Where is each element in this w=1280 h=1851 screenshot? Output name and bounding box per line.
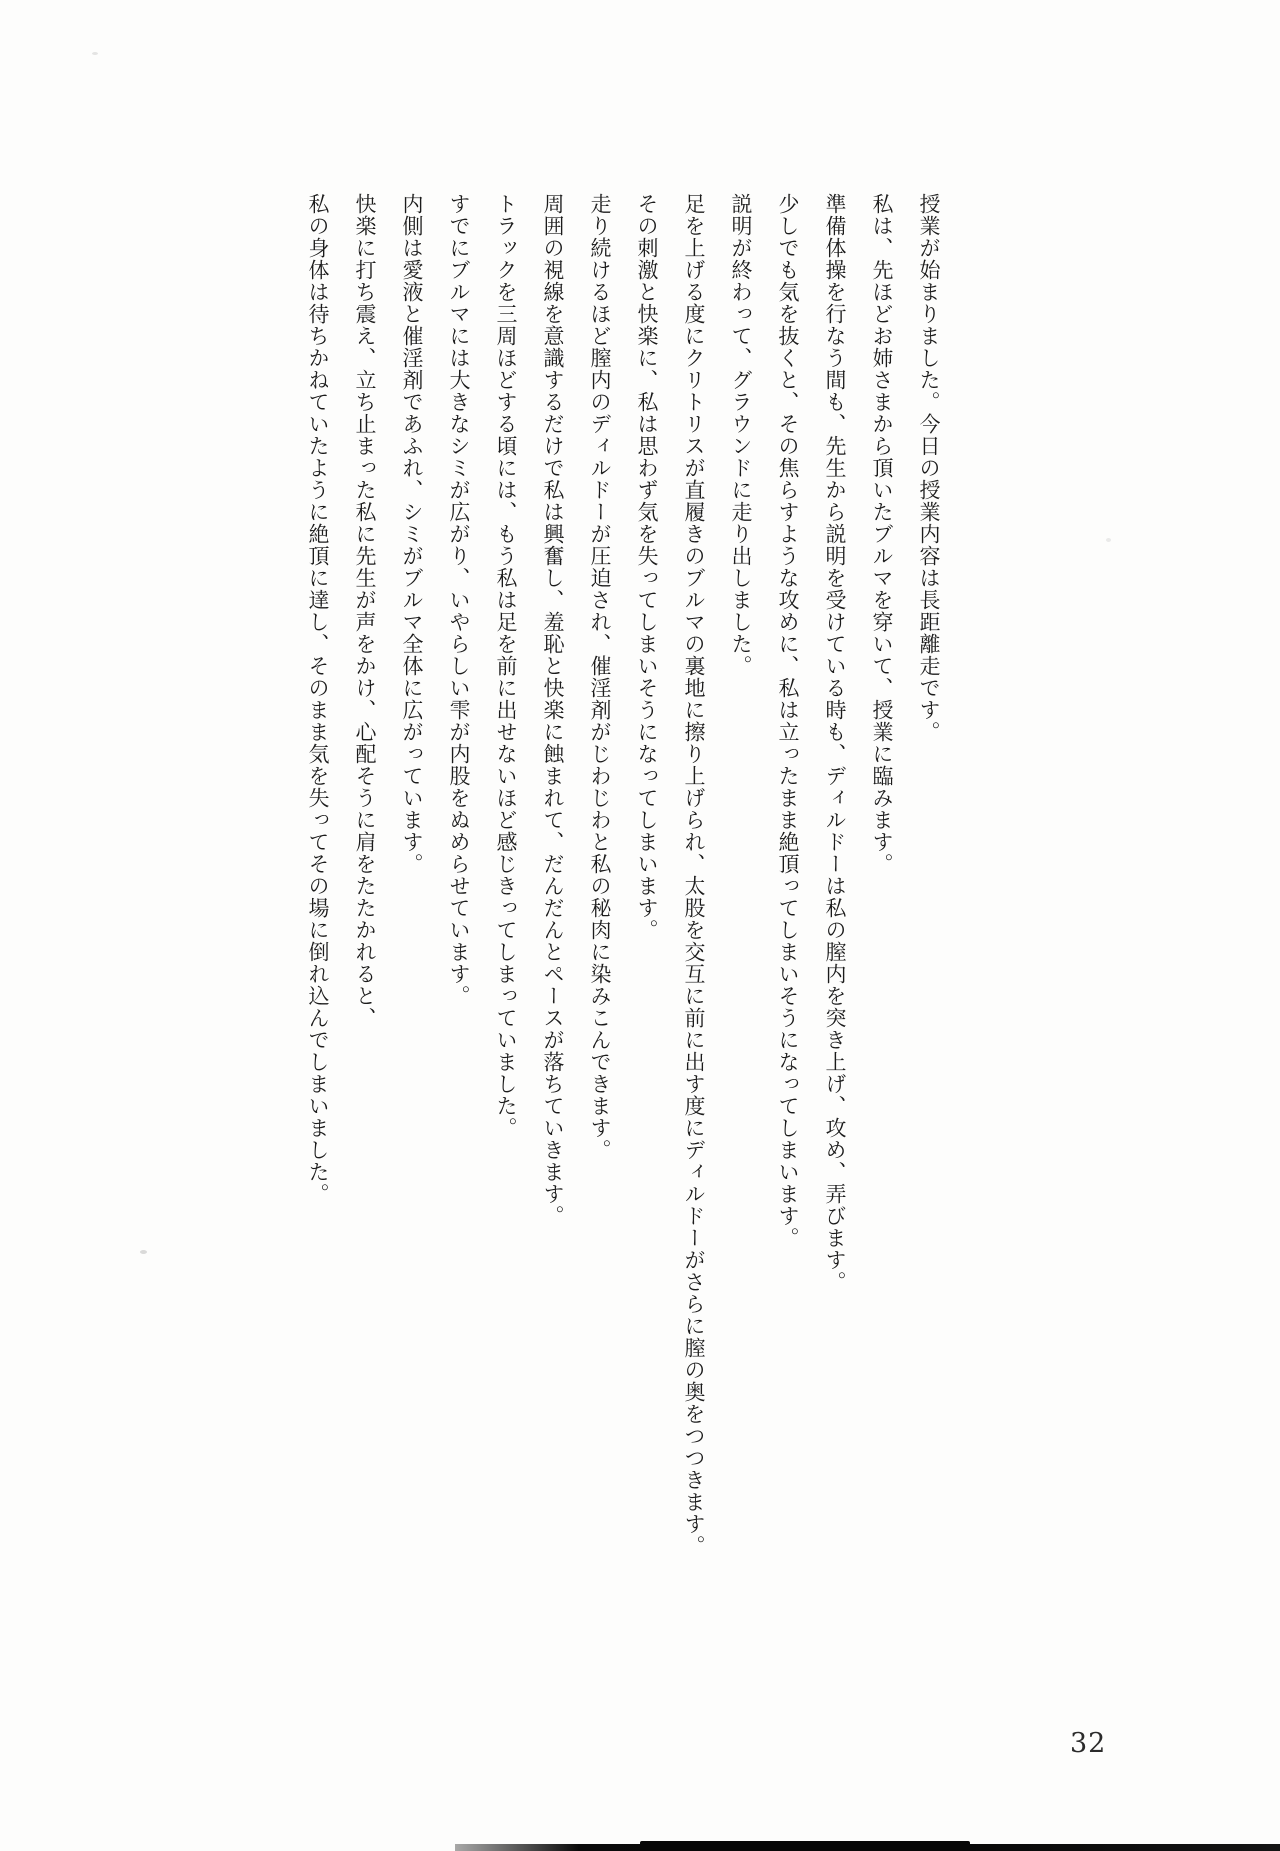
text-column: 足を上げる度にクリトリスが直履きのブルマの裏地に擦り上げられ、太股を交互に前に出… [670, 193, 717, 1605]
text-column: 準備体操を行なう間も、先生から説明を受けている時も、ディルドーは私の膣内を突き上… [811, 193, 858, 1605]
text-column: 私の身体は待ちかねていたように絶頂に達し、そのまま気を失ってその場に倒れ込んでし… [294, 193, 341, 1605]
text-column: 私は、先ほどお姉さまから頂いたブルマを穿いて、授業に臨みます。 [858, 193, 905, 1605]
dust-speck [92, 52, 98, 55]
text-column: 快楽に打ち震え、立ち止まった私に先生が声をかけ、心配そうに肩をたたかれると、 [341, 193, 388, 1605]
text-column: その刺激と快楽に、私は思わず気を失ってしまいそうになってしまいます。 [623, 193, 670, 1605]
dust-speck [140, 1250, 147, 1254]
text-column: トラックを三周ほどする頃には、もう私は足を前に出せないほど感じきってしまっていま… [482, 193, 529, 1605]
vertical-text-block: 授業が始まりました。今日の授業内容は長距離走です。 私は、先ほどお姉さまから頂い… [294, 193, 952, 1605]
text-column: すでにブルマには大きなシミが広がり、いやらしい雫が内股をぬめらせています。 [435, 193, 482, 1605]
text-column: 説明が終わって、グラウンドに走り出しました。 [717, 193, 764, 1605]
page-number: 32 [1070, 1728, 1106, 1759]
dust-speck [1106, 538, 1111, 542]
scan-bottom-edge-artifact [640, 1841, 970, 1851]
text-column: 授業が始まりました。今日の授業内容は長距離走です。 [905, 193, 952, 1605]
text-column: 周囲の視線を意識するだけで私は興奮し、羞恥と快楽に蝕まれて、だんだんとペースが落… [529, 193, 576, 1605]
text-column: 少しでも気を抜くと、その焦らすような攻めに、私は立ったまま絶頂ってしまいそうにな… [764, 193, 811, 1605]
text-column: 内側は愛液と催淫剤であふれ、シミがブルマ全体に広がっています。 [388, 193, 435, 1605]
text-column: 走り続けるほど膣内のディルドーが圧迫され、催淫剤がじわじわと私の秘肉に染みこんで… [576, 193, 623, 1605]
scanned-book-page: 授業が始まりました。今日の授業内容は長距離走です。 私は、先ほどお姉さまから頂い… [0, 0, 1280, 1851]
